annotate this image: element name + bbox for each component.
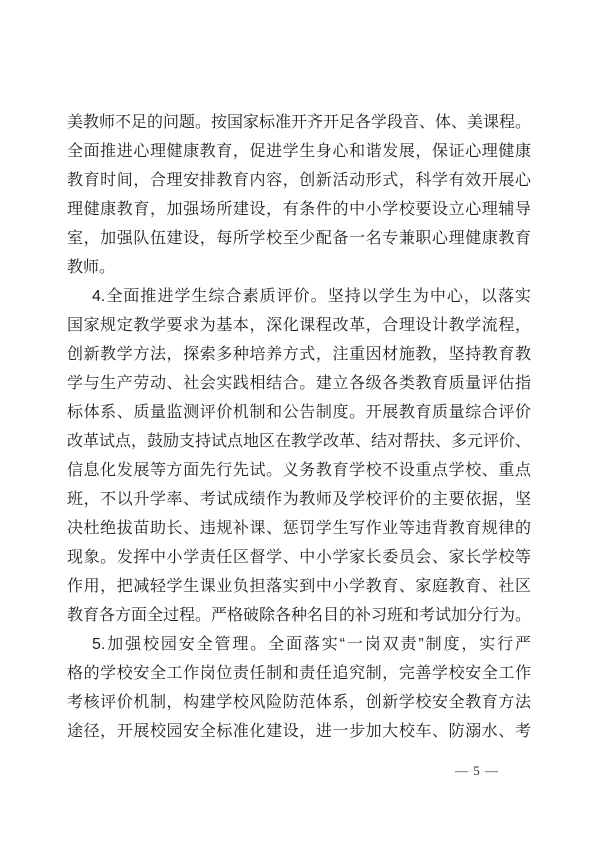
text-line: 理健康教育，加强场所建设，有条件的中小学校要设立心理辅导 xyxy=(67,195,531,224)
text-line: 决杜绝拔苗助长、违规补课、惩罚学生写作业等违背教育规律的 xyxy=(67,514,531,543)
text-line: 全面推进心理健康教育，促进学生身心和谐发展，保证心理健康 xyxy=(67,137,531,166)
text-line: 国家规定教学要求为基本，深化课程改革，合理设计教学流程， xyxy=(67,311,531,340)
text-line: 5.加强校园安全管理。全面落实“一岗双责”制度，实行严 xyxy=(67,630,531,659)
text-line: 考核评价机制，构建学校风险防范体系，创新学校安全教育方法 xyxy=(67,688,531,717)
text-line: 创新教学方法，探索多种培养方式，注重因材施教，坚持教育教 xyxy=(67,340,531,369)
page-number: — 5 — xyxy=(0,763,595,778)
body-text: 美教师不足的问题。按国家标准开齐开足各学段音、体、美课程。全面推进心理健康教育，… xyxy=(67,108,531,746)
text-line: 现象。发挥中小学责任区督学、中小学家长委员会、家长学校等 xyxy=(67,543,531,572)
text-line: 班，不以升学率、考试成绩作为教师及学校评价的主要依据，坚 xyxy=(67,485,531,514)
text-line: 标体系、质量监测评价机制和公告制度。开展教育质量综合评价 xyxy=(67,398,531,427)
text-line: 教育时间，合理安排教育内容，创新活动形式，科学有效开展心 xyxy=(67,166,531,195)
text-line: 室，加强队伍建设，每所学校至少配备一名专兼职心理健康教育 xyxy=(67,224,531,253)
text-line: 教育各方面全过程。严格破除各种名目的补习班和考试加分行为。 xyxy=(67,601,531,630)
document-page: 美教师不足的问题。按国家标准开齐开足各学段音、体、美课程。全面推进心理健康教育，… xyxy=(0,0,595,842)
text-line: 教师。 xyxy=(67,253,531,282)
text-line: 美教师不足的问题。按国家标准开齐开足各学段音、体、美课程。 xyxy=(67,108,531,137)
text-line: 途径，开展校园安全标准化建设，进一步加大校车、防溺水、考 xyxy=(67,717,531,746)
text-line: 格的学校安全工作岗位责任制和责任追究制，完善学校安全工作 xyxy=(67,659,531,688)
text-line: 信息化发展等方面先行先试。义务教育学校不设重点学校、重点 xyxy=(67,456,531,485)
text-line: 4.全面推进学生综合素质评价。坚持以学生为中心，以落实 xyxy=(67,282,531,311)
text-line: 改革试点，鼓励支持试点地区在教学改革、结对帮扶、多元评价、 xyxy=(67,427,531,456)
text-line: 学与生产劳动、社会实践相结合。建立各级各类教育质量评估指 xyxy=(67,369,531,398)
text-line: 作用，把减轻学生课业负担落实到中小学教育、家庭教育、社区 xyxy=(67,572,531,601)
